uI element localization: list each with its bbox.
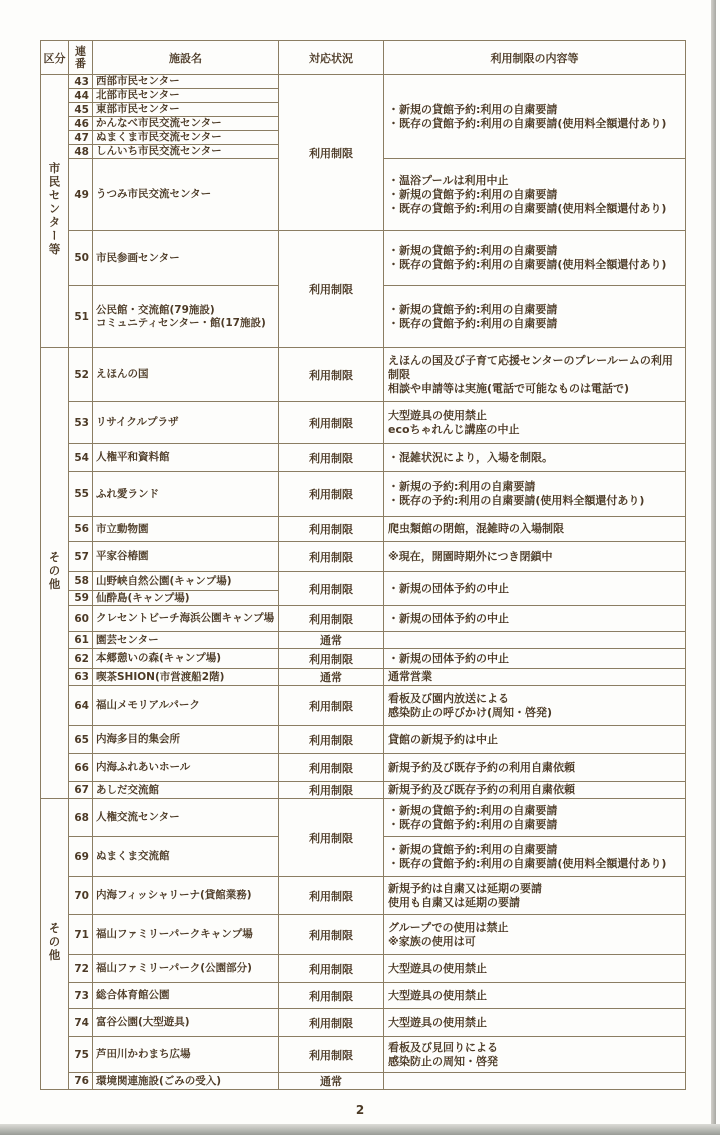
row-number: 71: [69, 915, 93, 955]
status-cell: 利用制限: [279, 782, 384, 799]
restriction-line: 大型遊具の使用禁止: [388, 962, 683, 976]
facility-name: 福山ファミリーパーク(公園部分): [93, 955, 279, 983]
restriction-line: ※家族の使用は可: [388, 935, 683, 949]
status-cell: 利用制限: [279, 1009, 384, 1037]
facility-name: しんいち市民交流センター: [93, 145, 279, 159]
facility-name-line: コミュニティセンター・館(17施設): [96, 317, 277, 330]
restriction-line: ・既存の貸館予約:利用の自粛要請: [388, 818, 683, 832]
restriction-line: 貸館の新規予約は中止: [388, 733, 683, 747]
facility-name: クレセントビーチ海浜公園キャンプ場: [93, 606, 279, 632]
row-number: 60: [69, 606, 93, 632]
row-number: 52: [69, 348, 93, 402]
table-row: 50市民参画センター利用制限・新規の貸館予約:利用の自粛要請・既存の貸館予約:利…: [41, 231, 686, 286]
restriction-content: 看板及び園内放送による感染防止の呼びかけ(周知・啓発): [384, 686, 686, 726]
row-number: 45: [69, 103, 93, 117]
facility-name: 人権交流センター: [93, 799, 279, 837]
restriction-content: 爬虫類館の閉館，混雑時の入場制限: [384, 517, 686, 542]
status-cell: 利用制限: [279, 75, 384, 231]
restriction-line: ・既存の貸館予約:利用の自粛要請: [388, 317, 683, 331]
facility-name: 芦田川かわまち広場: [93, 1037, 279, 1073]
row-number: 61: [69, 632, 93, 649]
restriction-line: ・既存の貸館予約:利用の自粛要請(使用料全額還付あり): [388, 117, 683, 131]
restriction-line: ・既存の貸館予約:利用の自粛要請(使用料全額還付あり): [388, 202, 683, 216]
facility-name: かんなべ市民交流センター: [93, 117, 279, 131]
facility-name: リサイクルプラザ: [93, 402, 279, 444]
restriction-line: ・新規の貸館予約:利用の自粛要請: [388, 103, 683, 117]
table-row: 73総合体育館公園利用制限大型遊具の使用禁止: [41, 983, 686, 1009]
status-cell: 利用制限: [279, 955, 384, 983]
restriction-line: 通常営業: [388, 670, 683, 684]
restriction-line: ※現在，開園時期外につき閉鎖中: [388, 550, 683, 564]
facility-name: ぬまくま交流館: [93, 837, 279, 877]
restriction-content: 貸館の新規予約は中止: [384, 726, 686, 754]
facility-name: 人権平和資料館: [93, 444, 279, 472]
status-cell: 利用制限: [279, 517, 384, 542]
status-cell: 利用制限: [279, 572, 384, 606]
row-number: 62: [69, 649, 93, 669]
row-number: 46: [69, 117, 93, 131]
restriction-content: ・新規の貸館予約:利用の自粛要請・既存の貸館予約:利用の自粛要請(使用料全額還付…: [384, 837, 686, 877]
row-number: 55: [69, 472, 93, 517]
restriction-line: ・新規の団体予約の中止: [388, 612, 683, 626]
restriction-line: 感染防止の呼びかけ(周知・啓発): [388, 706, 683, 720]
facility-name: 北部市民センター: [93, 89, 279, 103]
status-cell: 利用制限: [279, 799, 384, 877]
restriction-line: えほんの国及び子育て応援センターのプレールームの利用制限: [388, 354, 683, 382]
restriction-content: ※現在，開園時期外につき閉鎖中: [384, 542, 686, 572]
category-label: その他: [44, 551, 66, 592]
facility-name: ふれ愛ランド: [93, 472, 279, 517]
restriction-line: ・既存の貸館予約:利用の自粛要請(使用料全額還付あり): [388, 258, 683, 272]
restriction-content: ・新規の貸館予約:利用の自粛要請・既存の貸館予約:利用の自粛要請: [384, 799, 686, 837]
table-row: 61園芸センター通常: [41, 632, 686, 649]
status-cell: 通常: [279, 669, 384, 686]
status-cell: 利用制限: [279, 686, 384, 726]
header-restriction: 利用制限の内容等: [384, 41, 686, 75]
table-row: 53リサイクルプラザ利用制限大型遊具の使用禁止ecoちゃれんじ講座の中止: [41, 402, 686, 444]
restriction-line: 使用も自粛又は延期の要請: [388, 896, 683, 910]
row-number: 66: [69, 754, 93, 782]
status-cell: 利用制限: [279, 472, 384, 517]
restriction-content: ・混雑状況により，入場を制限。: [384, 444, 686, 472]
category-cell: その他: [41, 348, 69, 799]
table-row: 63喫茶SHION(市営渡船2階)通常通常営業: [41, 669, 686, 686]
restriction-line: 新規予約は自粛又は延期の要請: [388, 882, 683, 896]
row-number: 76: [69, 1073, 93, 1090]
restriction-content: 通常営業: [384, 669, 686, 686]
header-category: 区分: [41, 41, 69, 75]
restriction-line: 爬虫類館の閉館，混雑時の入場制限: [388, 522, 683, 536]
row-number: 56: [69, 517, 93, 542]
status-cell: 通常: [279, 1073, 384, 1090]
facility-name: えほんの国: [93, 348, 279, 402]
restriction-line: ・新規の団体予約の中止: [388, 652, 683, 666]
row-number: 43: [69, 75, 93, 89]
restriction-line: 相談や申請等は実施(電話で可能なものは電話で): [388, 382, 683, 396]
row-number: 65: [69, 726, 93, 754]
restriction-line: 感染防止の周知・啓発: [388, 1055, 683, 1069]
restriction-content: グループでの使用は禁止※家族の使用は可: [384, 915, 686, 955]
restriction-content: 新規予約は自粛又は延期の要請使用も自粛又は延期の要請: [384, 877, 686, 915]
facility-name: ぬまくま市民交流センター: [93, 131, 279, 145]
row-number: 74: [69, 1009, 93, 1037]
row-number: 64: [69, 686, 93, 726]
restriction-line: 大型遊具の使用禁止: [388, 989, 683, 1003]
facility-name: 本郷憩いの森(キャンプ場): [93, 649, 279, 669]
table-row: 71福山ファミリーパークキャンプ場利用制限グループでの使用は禁止※家族の使用は可: [41, 915, 686, 955]
restriction-line: ・新規の貸館予約:利用の自粛要請: [388, 188, 683, 202]
restriction-line: 新規予約及び既存予約の利用自粛依頼: [388, 783, 683, 797]
facility-name: 内海ふれあいホール: [93, 754, 279, 782]
header-row: 区分 連番 施設名 対応状況 利用制限の内容等: [41, 41, 686, 75]
restriction-content: ・新規の貸館予約:利用の自粛要請・既存の貸館予約:利用の自粛要請: [384, 286, 686, 348]
table-row: 55ふれ愛ランド利用制限・新規の予約:利用の自粛要請・既存の予約:利用の自粛要請…: [41, 472, 686, 517]
facility-name: 内海多目的集会所: [93, 726, 279, 754]
row-number: 73: [69, 983, 93, 1009]
restriction-line: ・新規の貸館予約:利用の自粛要請: [388, 303, 683, 317]
facility-name: 福山ファミリーパークキャンプ場: [93, 915, 279, 955]
restriction-line: 看板及び園内放送による: [388, 692, 683, 706]
row-number: 47: [69, 131, 93, 145]
restriction-line: ・新規の貸館予約:利用の自粛要請: [388, 843, 683, 857]
row-number: 67: [69, 782, 93, 799]
restriction-line: 新規予約及び既存予約の利用自粛依頼: [388, 761, 683, 775]
facility-name: 市立動物園: [93, 517, 279, 542]
status-cell: 利用制限: [279, 402, 384, 444]
restriction-content: 大型遊具の使用禁止: [384, 983, 686, 1009]
table-row: その他68人権交流センター利用制限・新規の貸館予約:利用の自粛要請・既存の貸館予…: [41, 799, 686, 837]
status-cell: 利用制限: [279, 231, 384, 348]
row-number: 44: [69, 89, 93, 103]
facility-name: 山野峡自然公園(キャンプ場): [93, 572, 279, 591]
restriction-content: ・新規の貸館予約:利用の自粛要請・既存の貸館予約:利用の自粛要請(使用料全額還付…: [384, 231, 686, 286]
row-number: 59: [69, 591, 93, 606]
category-cell: その他: [41, 799, 69, 1090]
header-facility: 施設名: [93, 41, 279, 75]
status-cell: 利用制限: [279, 542, 384, 572]
restriction-line: ・温浴プールは利用中止: [388, 174, 683, 188]
facility-name: 平家谷椿園: [93, 542, 279, 572]
facility-restriction-table: 区分 連番 施設名 対応状況 利用制限の内容等 市民センター等43西部市民センタ…: [40, 40, 686, 1090]
status-cell: 利用制限: [279, 1037, 384, 1073]
restriction-content: 新規予約及び既存予約の利用自粛依頼: [384, 782, 686, 799]
facility-name: 市民参画センター: [93, 231, 279, 286]
table-row: 65内海多目的集会所利用制限貸館の新規予約は中止: [41, 726, 686, 754]
restriction-line: ・既存の貸館予約:利用の自粛要請(使用料全額還付あり): [388, 857, 683, 871]
status-cell: 利用制限: [279, 915, 384, 955]
facility-name: 園芸センター: [93, 632, 279, 649]
status-cell: 利用制限: [279, 983, 384, 1009]
table-row: 64福山メモリアルパーク利用制限看板及び園内放送による感染防止の呼びかけ(周知・…: [41, 686, 686, 726]
facility-name: 西部市民センター: [93, 75, 279, 89]
table-row: 70内海フィッシャリーナ(貸館業務)利用制限新規予約は自粛又は延期の要請使用も自…: [41, 877, 686, 915]
row-number: 49: [69, 159, 93, 231]
status-cell: 利用制限: [279, 754, 384, 782]
facility-name: 公民館・交流館(79施設)コミュニティセンター・館(17施設): [93, 286, 279, 348]
table-row: その他52えほんの国利用制限えほんの国及び子育て応援センターのプレールームの利用…: [41, 348, 686, 402]
facility-name: 総合体育館公園: [93, 983, 279, 1009]
table-row: 75芦田川かわまち広場利用制限看板及び見回りによる感染防止の周知・啓発: [41, 1037, 686, 1073]
restriction-line: ・既存の予約:利用の自粛要請(使用料全額還付あり): [388, 494, 683, 508]
status-cell: 利用制限: [279, 649, 384, 669]
table-row: 58山野峡自然公園(キャンプ場)利用制限・新規の団体予約の中止: [41, 572, 686, 591]
table-row: 72福山ファミリーパーク(公園部分)利用制限大型遊具の使用禁止: [41, 955, 686, 983]
facility-name: あしだ交流館: [93, 782, 279, 799]
category-label: その他: [44, 922, 66, 963]
restriction-line: ecoちゃれんじ講座の中止: [388, 423, 683, 437]
page-edge-bottom: [0, 1124, 720, 1135]
restriction-line: 看板及び見回りによる: [388, 1041, 683, 1055]
restriction-line: ・新規の予約:利用の自粛要請: [388, 480, 683, 494]
facility-name-line: 公民館・交流館(79施設): [96, 304, 277, 317]
row-number: 63: [69, 669, 93, 686]
restriction-line: ・新規の貸館予約:利用の自粛要請: [388, 244, 683, 258]
restriction-content: 大型遊具の使用禁止: [384, 1009, 686, 1037]
category-label: 市民センター等: [44, 162, 66, 257]
row-number: 54: [69, 444, 93, 472]
status-cell: 通常: [279, 632, 384, 649]
status-cell: 利用制限: [279, 877, 384, 915]
table-row: 62本郷憩いの森(キャンプ場)利用制限・新規の団体予約の中止: [41, 649, 686, 669]
table-row: 60クレセントビーチ海浜公園キャンプ場利用制限・新規の団体予約の中止: [41, 606, 686, 632]
restriction-line: 大型遊具の使用禁止: [388, 1016, 683, 1030]
facility-name: 環境関連施設(ごみの受入): [93, 1073, 279, 1090]
facility-name: 東部市民センター: [93, 103, 279, 117]
restriction-content: ・新規の貸館予約:利用の自粛要請・既存の貸館予約:利用の自粛要請(使用料全額還付…: [384, 75, 686, 159]
restriction-line: グループでの使用は禁止: [388, 921, 683, 935]
table-row: 54人権平和資料館利用制限・混雑状況により，入場を制限。: [41, 444, 686, 472]
restriction-content: 看板及び見回りによる感染防止の周知・啓発: [384, 1037, 686, 1073]
document-page: 区分 連番 施設名 対応状況 利用制限の内容等 市民センター等43西部市民センタ…: [0, 0, 720, 1135]
table-row: 76環境関連施設(ごみの受入)通常: [41, 1073, 686, 1090]
page-number: 2: [0, 1103, 720, 1117]
header-status: 対応状況: [279, 41, 384, 75]
restriction-content: 大型遊具の使用禁止ecoちゃれんじ講座の中止: [384, 402, 686, 444]
restriction-content: ・新規の団体予約の中止: [384, 606, 686, 632]
row-number: 70: [69, 877, 93, 915]
restriction-content: ・新規の団体予約の中止: [384, 649, 686, 669]
row-number: 75: [69, 1037, 93, 1073]
row-number: 53: [69, 402, 93, 444]
row-number: 69: [69, 837, 93, 877]
facility-name: うつみ市民交流センター: [93, 159, 279, 231]
facility-name: 喫茶SHION(市営渡船2階): [93, 669, 279, 686]
table-row: 56市立動物園利用制限爬虫類館の閉館，混雑時の入場制限: [41, 517, 686, 542]
facility-name: 内海フィッシャリーナ(貸館業務): [93, 877, 279, 915]
restriction-line: ・混雑状況により，入場を制限。: [388, 451, 683, 465]
row-number: 72: [69, 955, 93, 983]
restriction-line: 大型遊具の使用禁止: [388, 409, 683, 423]
status-cell: 利用制限: [279, 444, 384, 472]
restriction-content: 大型遊具の使用禁止: [384, 955, 686, 983]
table-row: 57平家谷椿園利用制限※現在，開園時期外につき閉鎖中: [41, 542, 686, 572]
status-cell: 利用制限: [279, 606, 384, 632]
row-number: 50: [69, 231, 93, 286]
restriction-content: ・新規の予約:利用の自粛要請・既存の予約:利用の自粛要請(使用料全額還付あり): [384, 472, 686, 517]
restriction-content: ・温浴プールは利用中止・新規の貸館予約:利用の自粛要請・既存の貸館予約:利用の自…: [384, 159, 686, 231]
row-number: 57: [69, 542, 93, 572]
table-row: 74富谷公園(大型遊具)利用制限大型遊具の使用禁止: [41, 1009, 686, 1037]
facility-name: 富谷公園(大型遊具): [93, 1009, 279, 1037]
table-row: 67あしだ交流館利用制限新規予約及び既存予約の利用自粛依頼: [41, 782, 686, 799]
restriction-line: ・新規の団体予約の中止: [388, 582, 683, 596]
header-number: 連番: [69, 41, 93, 75]
status-cell: 利用制限: [279, 348, 384, 402]
table-row: 市民センター等43西部市民センター利用制限・新規の貸館予約:利用の自粛要請・既存…: [41, 75, 686, 89]
restriction-content: [384, 1073, 686, 1090]
row-number: 51: [69, 286, 93, 348]
restriction-content: [384, 632, 686, 649]
facility-name: 福山メモリアルパーク: [93, 686, 279, 726]
status-cell: 利用制限: [279, 726, 384, 754]
page-edge-right: [711, 0, 716, 1126]
row-number: 68: [69, 799, 93, 837]
restriction-content: えほんの国及び子育て応援センターのプレールームの利用制限相談や申請等は実施(電話…: [384, 348, 686, 402]
row-number: 58: [69, 572, 93, 591]
category-cell: 市民センター等: [41, 75, 69, 348]
table-row: 66内海ふれあいホール利用制限新規予約及び既存予約の利用自粛依頼: [41, 754, 686, 782]
restriction-line: ・新規の貸館予約:利用の自粛要請: [388, 804, 683, 818]
restriction-content: ・新規の団体予約の中止: [384, 572, 686, 606]
restriction-content: 新規予約及び既存予約の利用自粛依頼: [384, 754, 686, 782]
facility-name: 仙酔島(キャンプ場): [93, 591, 279, 606]
row-number: 48: [69, 145, 93, 159]
